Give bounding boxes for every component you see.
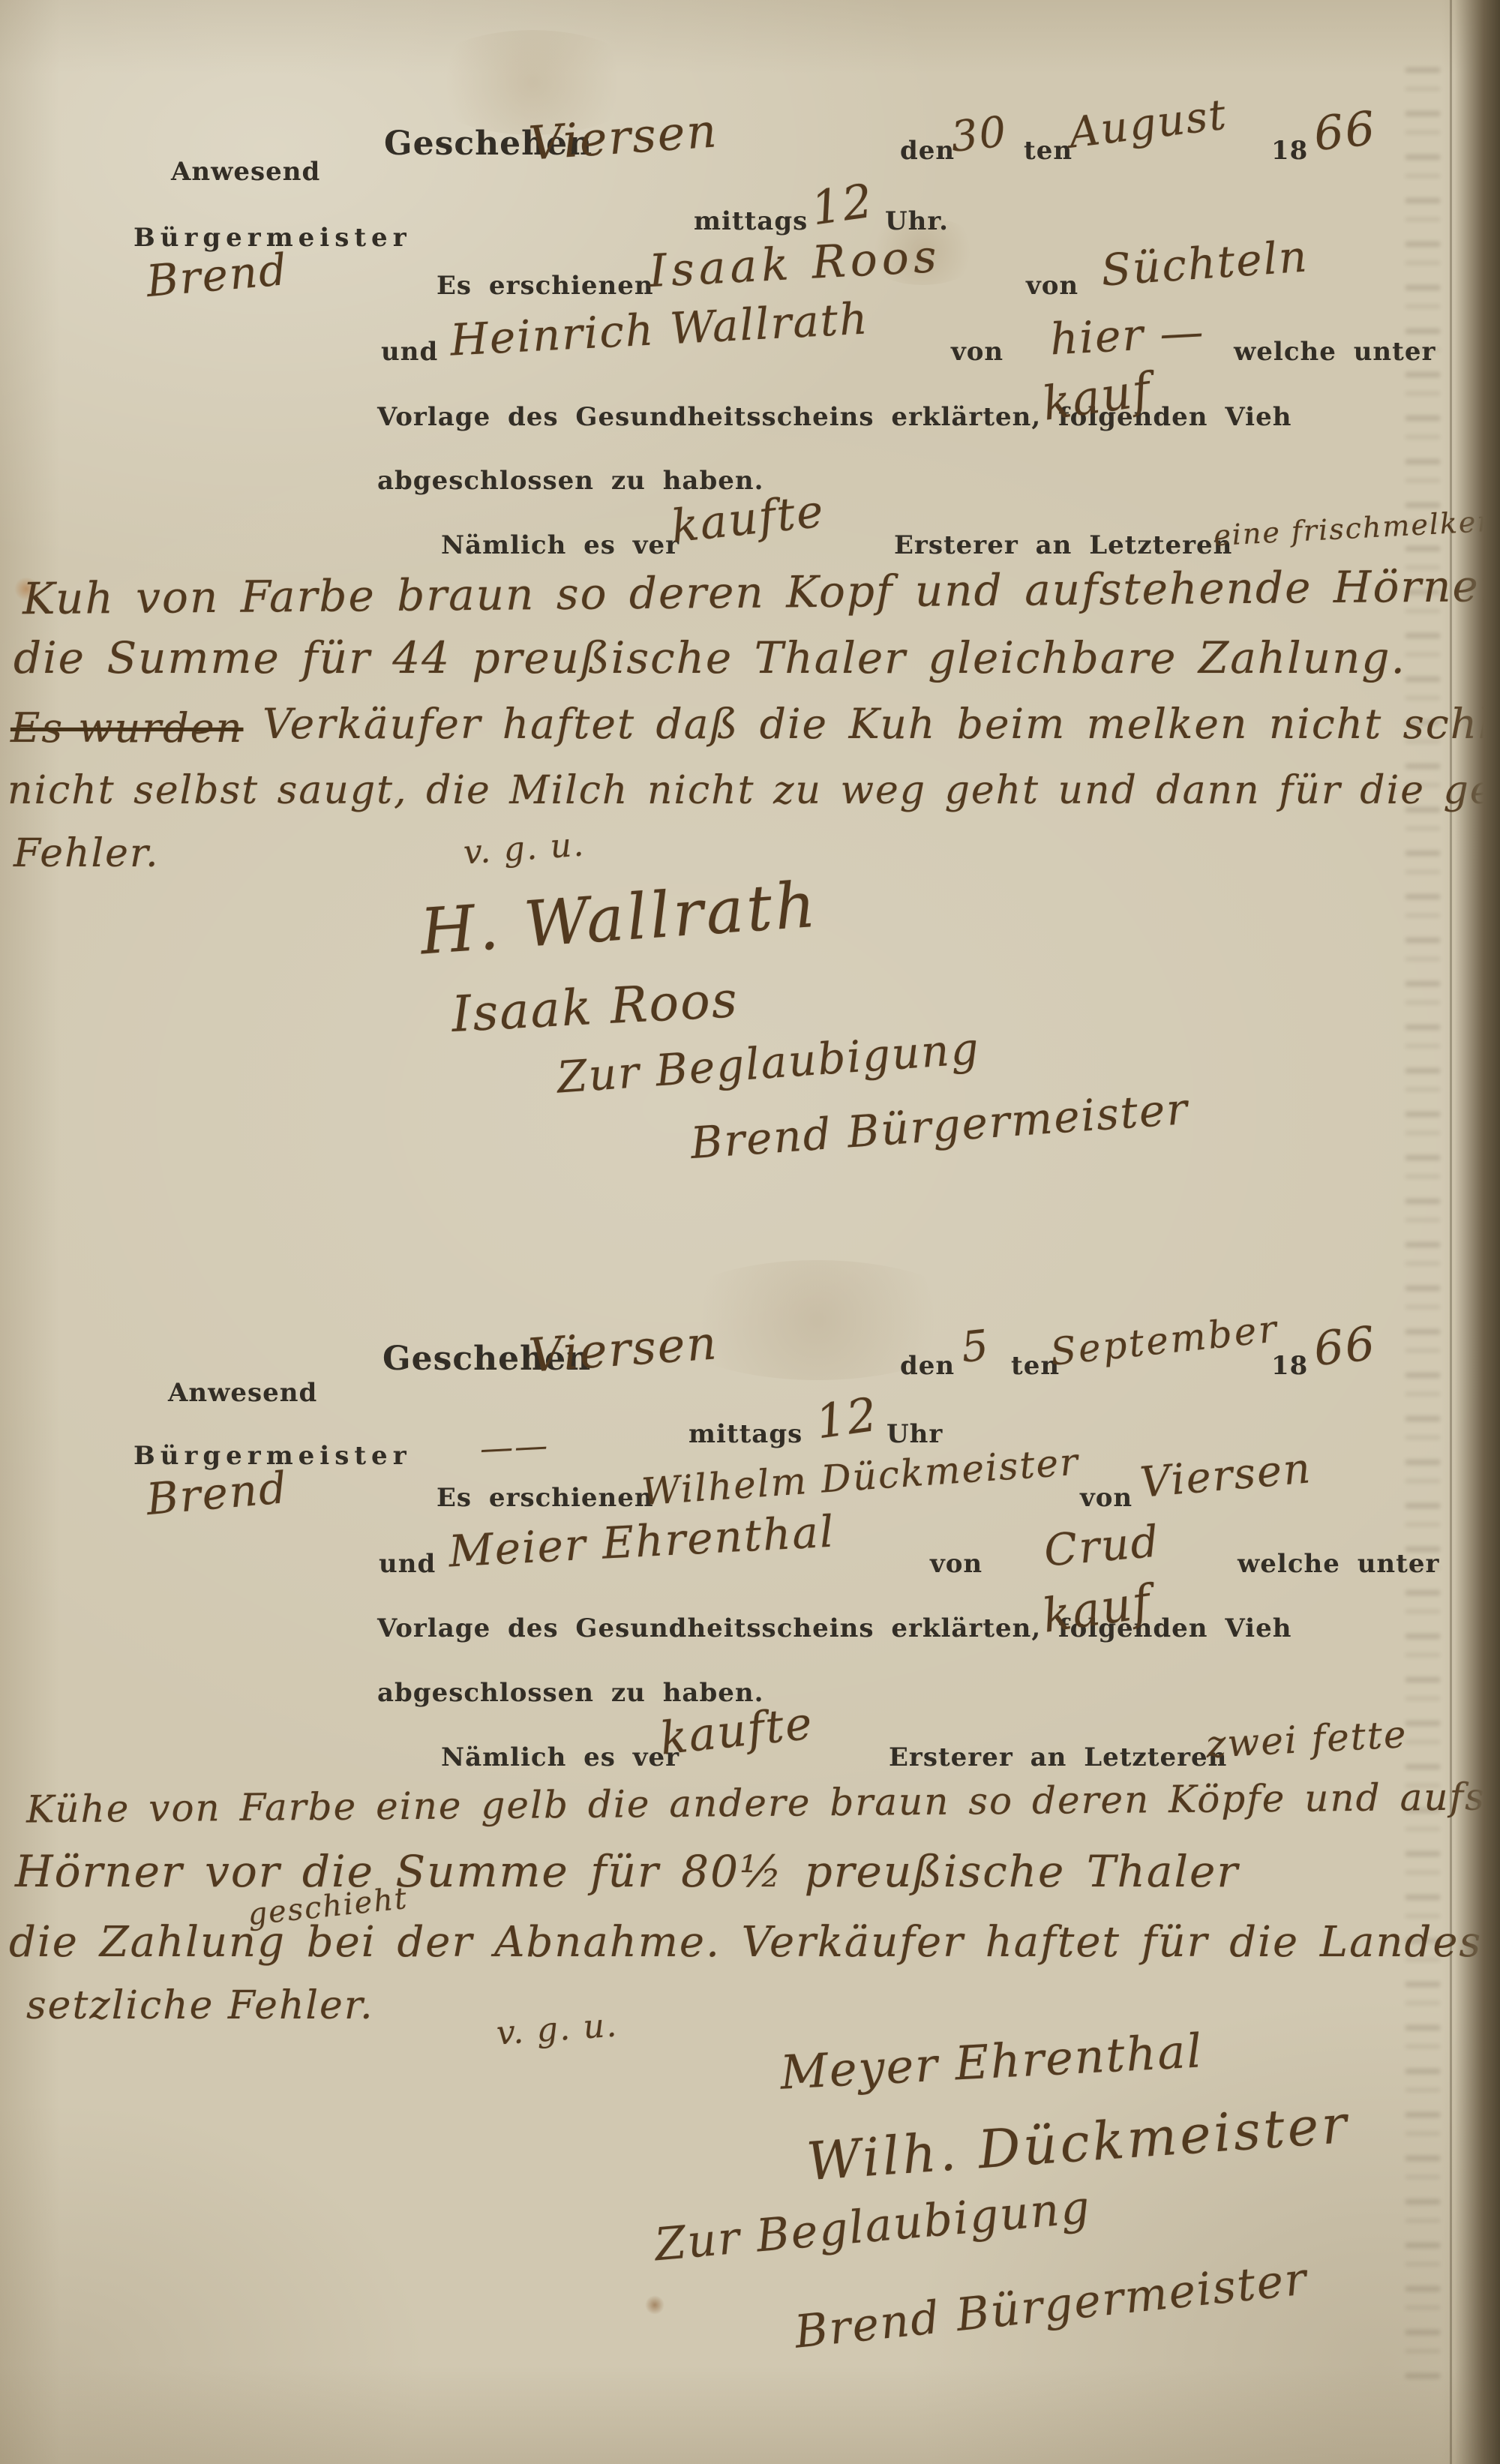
und-label: und — [379, 1551, 436, 1577]
anwesend-label: Anwesend — [168, 1380, 317, 1406]
beglaubigung-line: Zur Beglaubigung — [652, 2185, 1092, 2268]
party2-name: Meier Ehrenthal — [448, 1510, 836, 1574]
protocol-entry-2: Anwesend Bürgermeister Brend Geschehen V… — [0, 0, 1500, 2464]
year-handwritten: 66 — [1312, 1320, 1378, 1373]
reverse-side-bleedthrough — [1405, 68, 1440, 2393]
signature-party1: Wilh. Dückmeister — [805, 2098, 1351, 2188]
party1-name: Wilhelm Dückmeister — [640, 1443, 1080, 1511]
von-label: von — [930, 1551, 982, 1577]
handwritten-line: die Zahlung bei der Abnahme. Verkäufer h… — [9, 1922, 1500, 1964]
handwritten-line: setzliche Fehler. — [26, 1986, 374, 2025]
mayor-margin-signature: Brend — [145, 1466, 289, 1521]
kauf-handwritten: kauf — [1039, 1578, 1154, 1640]
signature-mayor: Brend Bürgermeister — [793, 2256, 1310, 2354]
day-handwritten: 5 — [959, 1325, 991, 1370]
signature-party2: Meyer Ehrenthal — [779, 2027, 1204, 2096]
party1-place: Viersen — [1138, 1448, 1313, 1505]
kauften-handwritten: kaufte — [658, 1700, 815, 1761]
party2-place: Crud — [1042, 1519, 1162, 1572]
ersterer-label: Ersterer an Letzteren — [889, 1745, 1227, 1770]
page-gutter-shadow — [1441, 0, 1500, 2464]
year-printed: 18 — [1271, 1353, 1308, 1379]
vgu-abbreviation: v. g. u. — [496, 2009, 619, 2050]
von-label: von — [1080, 1485, 1132, 1511]
place-handwritten: Viersen — [527, 1319, 719, 1379]
uhr-label: Uhr — [886, 1421, 943, 1447]
mittags-label: mittags — [688, 1421, 802, 1447]
sale-object-start: zwei fette — [1205, 1715, 1408, 1763]
handwritten-line: Hörner vor die Summe für 80½ preußische … — [15, 1850, 1239, 1893]
scanned-ledger-page: Anwesend Bürgermeister Brend Geschehen V… — [0, 0, 1500, 2464]
flourish-dash: —— — [479, 1430, 550, 1466]
hour-handwritten: 12 — [813, 1391, 881, 1446]
den-label: den — [900, 1353, 955, 1379]
abgeschlossen-line: abgeschlossen zu haben. — [377, 1680, 763, 1706]
month-handwritten: September — [1048, 1310, 1280, 1371]
naemlich-label: Nämlich es ver — [441, 1745, 679, 1770]
handwritten-line: Kühe von Farbe eine gelb die andere brau… — [26, 1777, 1500, 1829]
es-erschienen-label: Es erschienen — [436, 1485, 654, 1511]
vorlage-line: Vorlage des Gesundheitsscheins erklärten… — [377, 1616, 1291, 1641]
